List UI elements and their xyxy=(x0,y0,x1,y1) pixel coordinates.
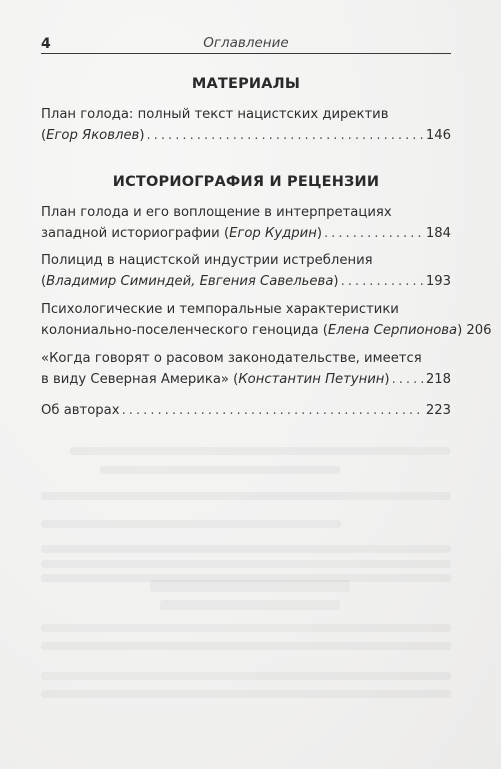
page-header: 4 Оглавление xyxy=(41,31,451,54)
toc-entry-title: Психологические и темпоральные характери… xyxy=(41,299,451,320)
bleed-through xyxy=(150,580,350,592)
section-title-materials: МАТЕРИАЛЫ xyxy=(41,76,451,92)
toc-entry-author-line: западной историографии (Егор Кудрин) 184 xyxy=(41,223,451,244)
toc-entry-title: «Когда говорят о расовом законодательств… xyxy=(41,348,451,369)
bleed-through xyxy=(41,690,451,698)
bleed-through xyxy=(41,492,451,500)
dot-leader xyxy=(392,369,424,390)
toc-entry[interactable]: План голода и его воплощение в интерпрет… xyxy=(41,202,451,244)
toc-entry[interactable]: «Когда говорят о расовом законодательств… xyxy=(41,348,451,390)
author-name: Егор Яковлев xyxy=(46,125,139,146)
bleed-through xyxy=(41,672,451,680)
author-name: Константин Петунин xyxy=(238,369,384,390)
toc-entry-title: План голода: полный текст нацистских дир… xyxy=(41,104,451,125)
toc-entry-about-authors[interactable]: Об авторах 223 xyxy=(41,400,451,421)
bleed-through xyxy=(41,520,341,528)
toc-entry-author-line: в виду Северная Америка» (Константин Пет… xyxy=(41,369,451,390)
toc-entry-author-line: колониально-поселенческого геноцида (Еле… xyxy=(41,320,451,341)
bleed-through xyxy=(160,600,340,610)
dot-leader xyxy=(341,271,424,292)
bleed-through xyxy=(41,560,451,568)
page-ref: 193 xyxy=(426,271,451,292)
toc-entry-author-line: (Егор Яковлев) 146 xyxy=(41,125,451,146)
running-title: Оглавление xyxy=(41,35,451,51)
toc-entry-author-line: (Владимир Симиндей, Евгения Савельева) 1… xyxy=(41,271,451,292)
author-name: Владимир Симиндей, Евгения Савельева xyxy=(46,271,333,292)
toc-entry-author-line: Об авторах 223 xyxy=(41,400,451,421)
toc-entry[interactable]: Психологические и темпоральные характери… xyxy=(41,299,451,341)
dot-leader xyxy=(324,223,424,244)
document-page: 4 Оглавление МАТЕРИАЛЫ План голода: полн… xyxy=(0,0,501,769)
dot-leader xyxy=(147,125,424,146)
toc-entry-title: Полицид в нацистской индустрии истреблен… xyxy=(41,250,451,271)
bleed-through xyxy=(70,447,450,455)
section-title-historiography: ИСТОРИОГРАФИЯ И РЕЦЕНЗИИ xyxy=(41,174,451,190)
page-ref: 218 xyxy=(426,369,451,390)
toc-entry[interactable]: Полицид в нацистской индустрии истреблен… xyxy=(41,250,451,292)
page-ref: 206 xyxy=(466,320,491,341)
toc-entry[interactable]: План голода: полный текст нацистских дир… xyxy=(41,104,451,146)
dot-leader xyxy=(122,400,424,421)
bleed-through xyxy=(41,642,451,650)
bleed-through xyxy=(100,466,340,474)
page-ref: 184 xyxy=(426,223,451,244)
page-ref: 223 xyxy=(426,400,451,421)
author-name: Елена Серпионова xyxy=(328,320,457,341)
page-ref: 146 xyxy=(426,125,451,146)
bleed-through xyxy=(41,545,451,553)
author-name: Егор Кудрин xyxy=(229,223,317,244)
bleed-through xyxy=(41,624,451,632)
toc-entry-title: План голода и его воплощение в интерпрет… xyxy=(41,202,451,223)
